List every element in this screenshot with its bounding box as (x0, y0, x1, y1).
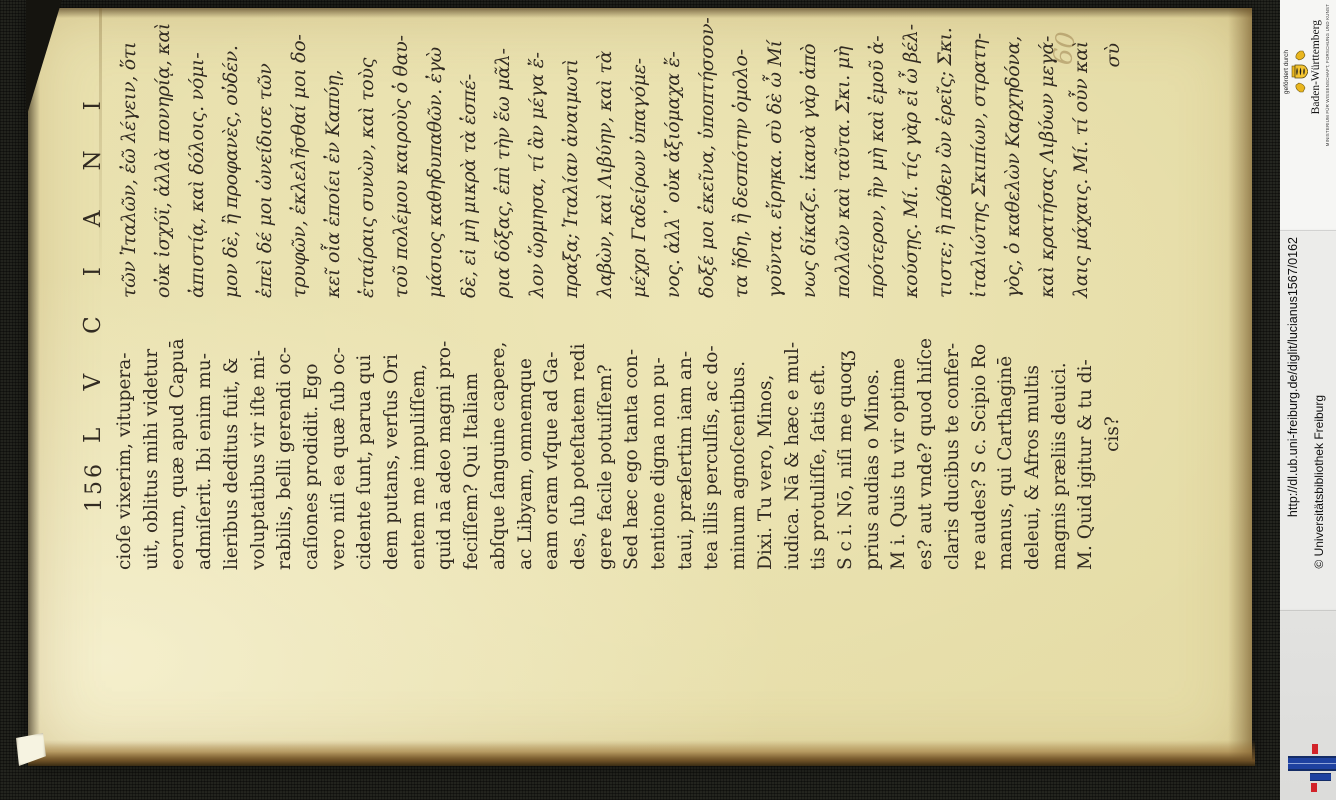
text-line: ρια δόξας, ἐπὶ τὴν ἕω μᾶλ- (486, 35, 520, 298)
text-line: tea illis perculſis, ac do- (699, 298, 726, 570)
text-line: dem putans, verſus Ori (379, 298, 406, 570)
text-line: taui, præſertim iam an- (673, 298, 700, 570)
greek-column: τῶν Ἰταλῶν, ἐῶ λέγειν, ὅτιοὐκ ἰσχύϊ, ἀλλ… (112, 35, 1098, 298)
text-line: μάσιος καθηδυπαθῶν. ἐγὼ (418, 35, 452, 298)
text-line: Sed hæc ego tanta con- (619, 298, 646, 570)
page-right-shadow (1228, 8, 1252, 760)
text-line: caſiones prodidit. Ego (299, 298, 326, 570)
ministry-name: MINISTERIUM FÜR WISSENSCHAFT, FORSCHUNG … (1325, 4, 1330, 146)
text-line: rabilis, belli gerendi oc- (272, 298, 299, 570)
copyright-notice: © Universitätsbibliothek Freiburg (1312, 395, 1326, 569)
page-number: 156 (82, 461, 107, 512)
text-line: ἐπεὶ δέ μοι ὠνείδισε τῶν (248, 35, 282, 298)
text-line: gere facile potuiſſem? (593, 298, 620, 570)
text-line: Dixi. Tu vero, Minos, (753, 298, 780, 570)
text-line: cis? (1100, 298, 1127, 570)
strip-seam (1280, 230, 1336, 231)
text-line: κεῖ οἷα ἐποίει ἐν Καπύῃ, (316, 35, 350, 298)
catchword: σὺ (1102, 43, 1124, 298)
text-line: κούσῃς. Μί. τίς γὰρ εἶ ὦ βέλ- (894, 35, 928, 298)
funder-name: Baden-Württemberg (1310, 20, 1322, 114)
text-line: τιστε; ἢ πόθεν ὢν ἐρεῖς; Σκι. (928, 35, 962, 298)
text-line: μέχρι Γαδείρων ὑπαγόμε- (622, 35, 656, 298)
text-line: πολλῶν καὶ ταῦτα. Σκι. μὴ (826, 35, 860, 298)
text-line: ἀπιστίᾳ, καὶ δόλοις. νόμι- (180, 35, 214, 298)
baden-wuerttemberg-coat-of-arms-icon (1291, 48, 1312, 95)
text-line: ἑταίραις συνὼν, καὶ τοὺς (350, 35, 384, 298)
text-line: οὐκ ἰσχύϊ, ἀλλὰ πονηρίᾳ, καὶ (146, 35, 180, 298)
logo-blue-bar-short (1310, 773, 1331, 781)
text-line: voluptatibus vir iſte mi- (246, 298, 273, 570)
text-line: tentione digna non pu- (646, 298, 673, 570)
text-line: abſque ſanguine capere, (486, 298, 513, 570)
source-url: http://dl.ub.uni-freiburg.de/diglit/luci… (1286, 237, 1300, 517)
text-line: S c i. Nō, niſi me quoqʒ (833, 298, 860, 570)
logo-red-square-bottom (1311, 783, 1317, 792)
text-line: es? aut vnde? quod hiſce (913, 298, 940, 570)
text-line: λαις μάχαις. Μί. τί οὖν καὶ (1064, 35, 1098, 298)
text-line: μον δὲ, ἢ προφανὲς, οὐδέν. (214, 35, 248, 298)
funding-label: gefördert durch (1283, 50, 1290, 94)
text-line: cioſe vixerim, vitupera- (112, 298, 139, 570)
text-line: τῶν Ἰταλῶν, ἐῶ λέγειν, ὅτι (112, 35, 146, 298)
text-line: minum agnoſcentibus. (726, 298, 753, 570)
text-line: eorum, quæ apud Capuā (165, 298, 192, 570)
text-line: tis protuliſſe, ſatis eſt. (806, 298, 833, 570)
text-line: vero niſi ea quæ ſub oc- (326, 298, 353, 570)
paper-crease (99, 8, 102, 288)
text-line: des, ſub poteſtatem redi (566, 298, 593, 570)
text-line: δοξέ μοι ἐκεῖνα, ὑποπτήσσον- (690, 35, 724, 298)
logo-red-square-top (1312, 744, 1318, 754)
handwritten-number: 60 (1048, 30, 1082, 67)
text-line: M. Quid igitur & tu di- (1073, 298, 1100, 570)
text-line: γὸς, ὁ καθελὼν Καρχηδόνα, (996, 35, 1030, 298)
text-line: νος. ἀλλ᾽ οὐκ ἀξιόμαχα ἔ- (656, 35, 690, 298)
page-left-shadow (28, 8, 40, 765)
text-line: τα ἤδη, ἢ δεσπότην ὁμολο- (724, 35, 758, 298)
latin-column: cioſe vixerim, vitupera-uit, oblitus mih… (112, 298, 1127, 570)
text-line: magnis præliis deuici. (1047, 298, 1074, 570)
text-line: νως δίκαζε. ἱκανὰ γὰρ ἀπὸ (792, 35, 826, 298)
text-line: λαβὼν, καὶ Λιβύην, καὶ τὰ (588, 35, 622, 298)
text-line: πρότερον, ἢν μὴ καὶ ἐμοῦ ἀ- (860, 35, 894, 298)
page-bottom-edge (28, 740, 1255, 766)
text-line: M i. Quis tu vir optime (886, 298, 913, 570)
text-line: τρυφῶν, ἐκλελῆσθαί μοι δο- (282, 35, 316, 298)
text-line: καὶ κρατήσας Λιβύων μεγά- (1030, 35, 1064, 298)
text-line: πραξα; Ἰταλίαν ἀναιμωτὶ (554, 35, 588, 298)
text-line: lieribus deditus fuit, & (219, 298, 246, 570)
text-line: admiſerit. Ibi enim mu- (192, 298, 219, 570)
text-line: τοῦ πολέμου καιροὺς ὁ θαυ- (384, 35, 418, 298)
logo-blue-bar-long (1288, 756, 1336, 771)
text-line: entem me impuliſſem, (406, 298, 433, 570)
text-line: ἰταλιώτης Σκιπίων, στρατη- (962, 35, 996, 298)
text-line: prius audias o Minos. (860, 298, 887, 570)
text-line: γοῦντα. εἴρηκα. σὺ δὲ ὦ Μί (758, 35, 792, 298)
text-line: re audes? S c. Scipio Ro (967, 298, 994, 570)
metadata-strip: gefördert durch Baden-Württemberg MINIST… (1280, 0, 1336, 800)
text-line: feciſſem? Qui Italiam (459, 298, 486, 570)
text-line: cidente ſunt, parua qui (352, 298, 379, 570)
text-line: eam oram vſque ad Ga- (539, 298, 566, 570)
text-line: ac Libyam, omnemque (513, 298, 540, 570)
text-line: uit, oblitus mihi videtur (139, 298, 166, 570)
scan-stage: 156 LVCIANI cioſe vixerim, vitupera-uit,… (0, 0, 1336, 800)
page-header: 156 LVCIANI (80, 8, 114, 765)
text-line: iudica. Nā & hæc e mul- (780, 298, 807, 570)
text-line: manus, qui Carthaginē (993, 298, 1020, 570)
running-title: LVCIANI (80, 61, 106, 443)
strip-seam (1280, 610, 1336, 611)
text-line: λον ὥρμησα, τί ἂν μέγα ἔ- (520, 35, 554, 298)
text-line: deleui, & Afros multis (1020, 298, 1047, 570)
text-line: δὲ, εἰ μὴ μικρὰ τὰ ἑσπέ- (452, 35, 486, 298)
page-top-shadow (28, 8, 1252, 18)
text-line: quid nā adeo magni pro- (432, 298, 459, 570)
book-page-scan: 156 LVCIANI cioſe vixerim, vitupera-uit,… (28, 8, 1252, 765)
text-line: claris ducibus te confer- (940, 298, 967, 570)
